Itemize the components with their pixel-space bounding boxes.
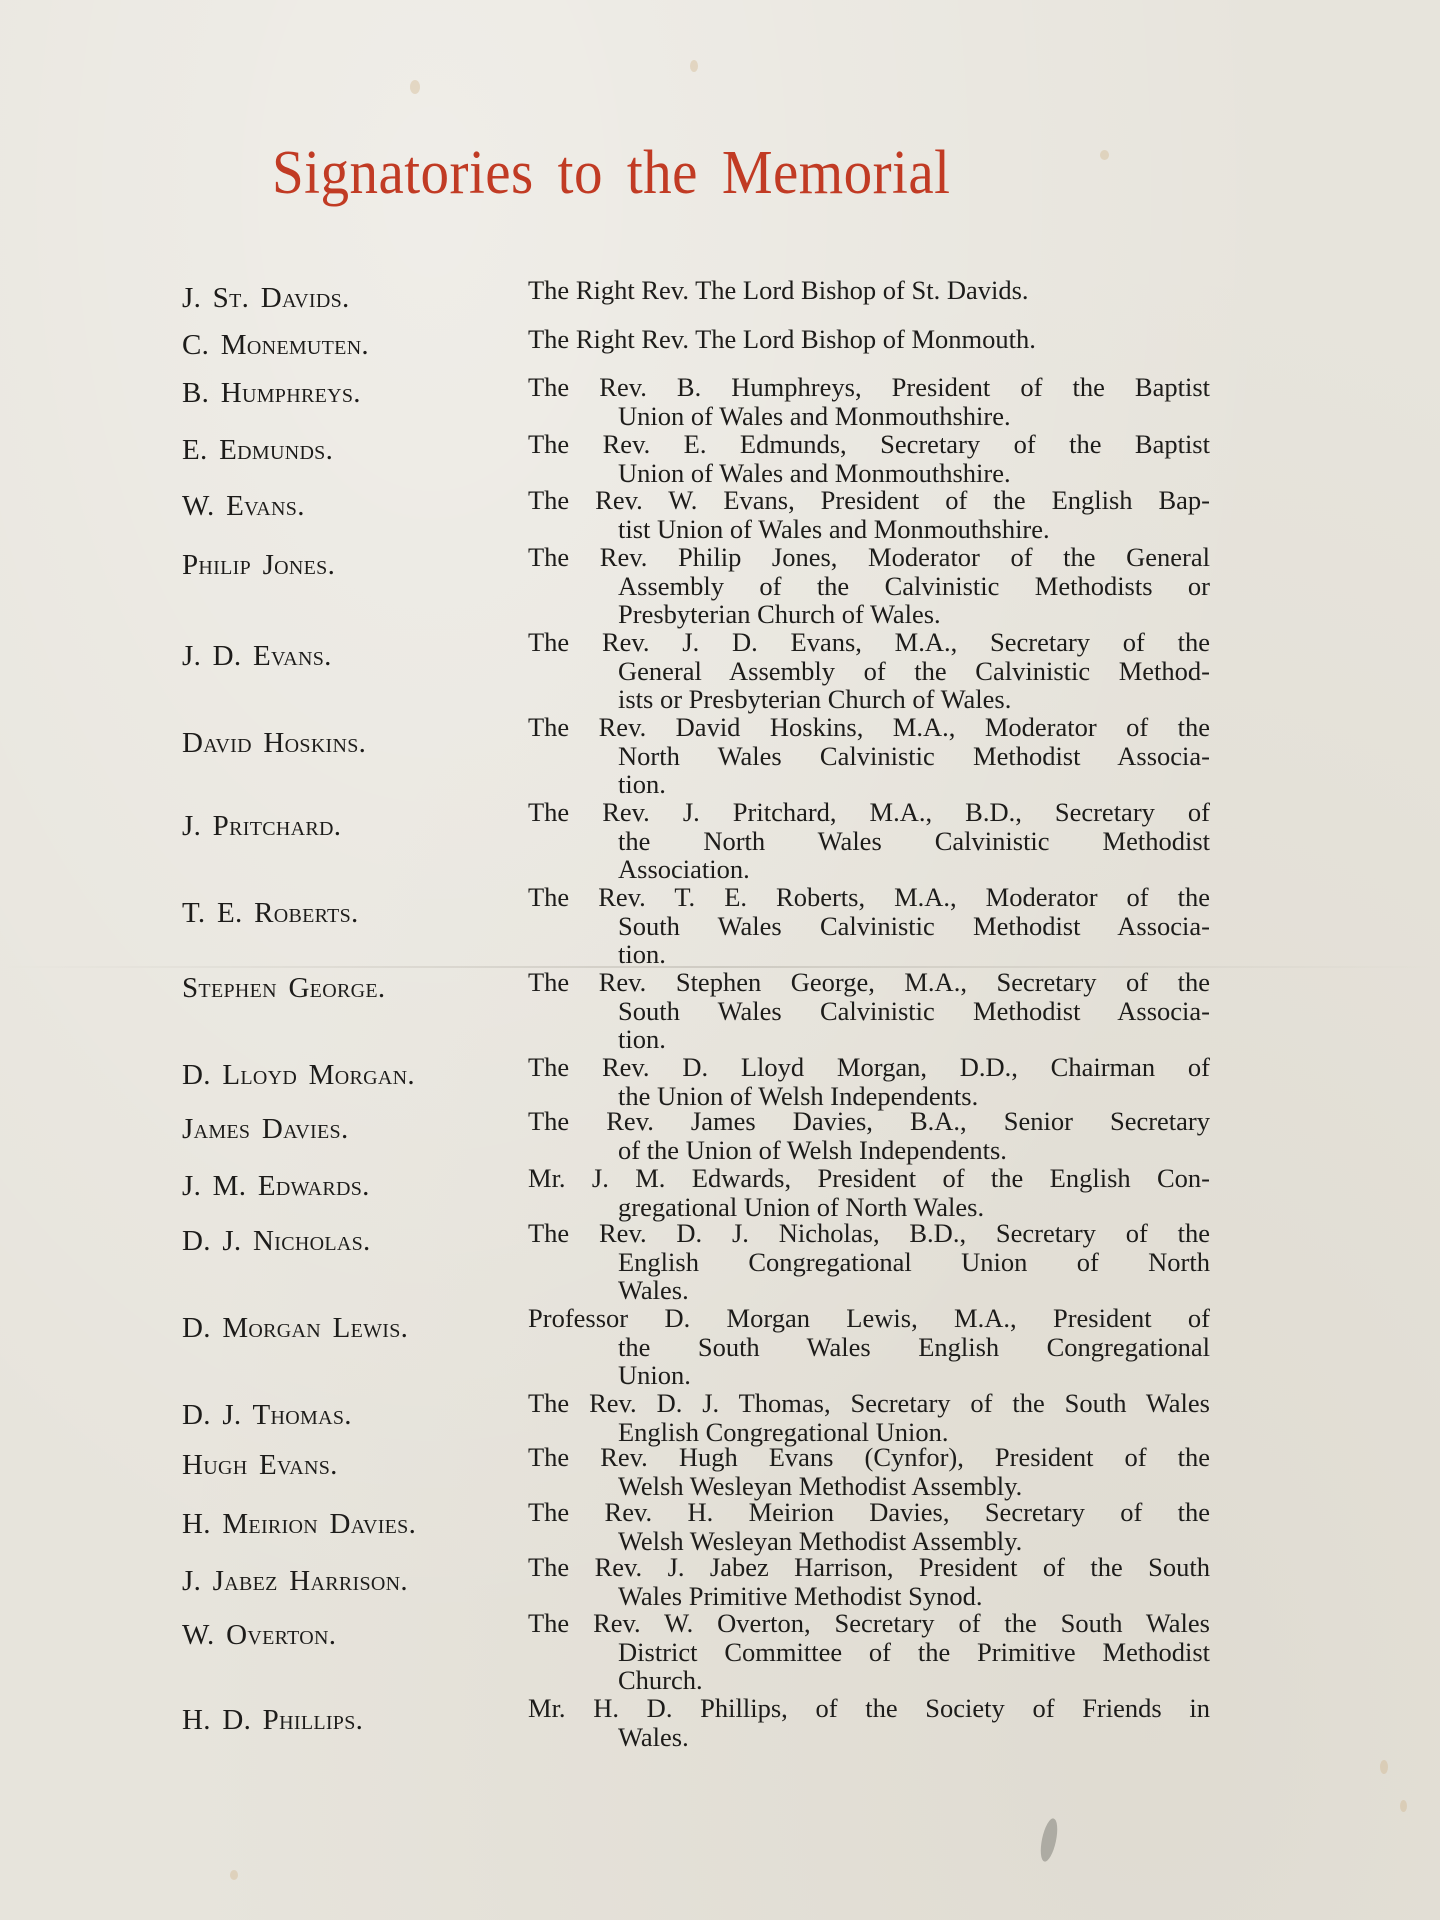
signatory-name: E. Edmunds.	[182, 434, 333, 467]
description-line: the North Wales Calvinistic Methodist	[528, 827, 1210, 856]
signatory-name: Stephen George.	[182, 972, 385, 1005]
signatory-description: The Rev. B. Humphreys, President of the …	[528, 373, 1210, 430]
description-line: The Rev. E. Edmunds, Secretary of the Ba…	[528, 430, 1210, 459]
ink-smudge	[1038, 1817, 1061, 1863]
description-line: South Wales Calvinistic Methodist Associ…	[528, 912, 1210, 941]
description-line: Presbyterian Church of Wales.	[528, 600, 1210, 629]
signatory-description: The Rev. J. D. Evans, M.A., Secretary of…	[528, 628, 1210, 714]
description-line: The Rev. B. Humphreys, President of the …	[528, 373, 1210, 402]
description-line: tion.	[528, 770, 1210, 799]
signatory-name: H. D. Phillips.	[182, 1704, 363, 1737]
signatory-description: The Rev. David Hoskins, M.A., Moderator …	[528, 713, 1210, 799]
description-line: Wales.	[528, 1276, 1210, 1305]
signatory-description: The Rev. J. Pritchard, M.A., B.D., Secre…	[528, 798, 1210, 884]
foxing-spot	[690, 60, 698, 72]
signatory-description: The Rev. J. Jabez Harrison, President of…	[528, 1553, 1210, 1610]
signatory-name: David Hoskins.	[182, 727, 366, 760]
signatory-name: D. J. Thomas.	[182, 1399, 352, 1432]
signatory-name: D. J. Nicholas.	[182, 1225, 371, 1258]
signatory-description: Mr. H. D. Phillips, of the Society of Fr…	[528, 1694, 1210, 1751]
signatory-description: The Right Rev. The Lord Bishop of Monmou…	[528, 325, 1210, 354]
description-line: gregational Union of North Wales.	[528, 1193, 1210, 1222]
signatory-name: J. D. Evans.	[182, 640, 332, 673]
signatory-description: The Rev. T. E. Roberts, M.A., Moderator …	[528, 883, 1210, 969]
description-line: Association.	[528, 855, 1210, 884]
signatory-description: The Rev. Stephen George, M.A., Secretary…	[528, 968, 1210, 1054]
description-line: Union of Wales and Monmouthshire.	[528, 459, 1210, 488]
description-line: Mr. J. M. Edwards, President of the Engl…	[528, 1164, 1210, 1193]
signatory-description: The Right Rev. The Lord Bishop of St. Da…	[528, 276, 1210, 305]
description-line: tist Union of Wales and Monmouthshire.	[528, 515, 1210, 544]
description-line: The Rev. Philip Jones, Moderator of the …	[528, 543, 1210, 572]
description-line: Welsh Wesleyan Methodist Assembly.	[528, 1527, 1210, 1556]
signatory-name: J. M. Edwards.	[182, 1170, 370, 1203]
description-line: Welsh Wesleyan Methodist Assembly.	[528, 1472, 1210, 1501]
signatory-name: T. E. Roberts.	[182, 897, 359, 930]
signatory-name: D. Morgan Lewis.	[182, 1312, 408, 1345]
description-line: Assembly of the Calvinistic Methodists o…	[528, 572, 1210, 601]
signatory-description: The Rev. James Davies, B.A., Senior Secr…	[528, 1107, 1210, 1164]
description-line: The Rev. J. D. Evans, M.A., Secretary of…	[528, 628, 1210, 657]
signatory-description: Professor D. Morgan Lewis, M.A., Preside…	[528, 1304, 1210, 1390]
signatory-name: B. Humphreys.	[182, 377, 361, 410]
description-line: The Right Rev. The Lord Bishop of Monmou…	[528, 325, 1210, 354]
signatory-name: W. Evans.	[182, 490, 305, 523]
description-line: North Wales Calvinistic Methodist Associ…	[528, 742, 1210, 771]
signatory-description: Mr. J. M. Edwards, President of the Engl…	[528, 1164, 1210, 1221]
description-line: tion.	[528, 940, 1210, 969]
description-line: The Rev. James Davies, B.A., Senior Secr…	[528, 1107, 1210, 1136]
signatory-name: H. Meirion Davies.	[182, 1508, 416, 1541]
signatory-description: The Rev. E. Edmunds, Secretary of the Ba…	[528, 430, 1210, 487]
description-line: The Rev. J. Jabez Harrison, President of…	[528, 1553, 1210, 1582]
signatory-name: J. St. Davids.	[182, 282, 350, 315]
signatory-description: The Rev. D. J. Thomas, Secretary of the …	[528, 1389, 1210, 1446]
description-line: The Rev. H. Meirion Davies, Secretary of…	[528, 1498, 1210, 1527]
signatory-name: D. Lloyd Morgan.	[182, 1059, 415, 1092]
signatory-description: The Rev. Philip Jones, Moderator of the …	[528, 543, 1210, 629]
description-line: Mr. H. D. Phillips, of the Society of Fr…	[528, 1694, 1210, 1723]
description-line: tion.	[528, 1025, 1210, 1054]
foxing-spot	[230, 1870, 238, 1880]
description-line: Wales Primitive Methodist Synod.	[528, 1582, 1210, 1611]
description-line: The Rev. W. Overton, Secretary of the So…	[528, 1609, 1210, 1638]
description-line: The Rev. J. Pritchard, M.A., B.D., Secre…	[528, 798, 1210, 827]
signatory-description: The Rev. D. J. Nicholas, B.D., Secretary…	[528, 1219, 1210, 1305]
description-line: The Rev. D. J. Thomas, Secretary of the …	[528, 1389, 1210, 1418]
description-line: The Right Rev. The Lord Bishop of St. Da…	[528, 276, 1210, 305]
description-line: English Congregational Union of North	[528, 1248, 1210, 1277]
description-line: of the Union of Welsh Independents.	[528, 1136, 1210, 1165]
page-title: Signatories to the Memorial	[272, 138, 950, 209]
signatory-description: The Rev. W. Overton, Secretary of the So…	[528, 1609, 1210, 1695]
document-page: Signatories to the Memorial J. St. David…	[0, 0, 1440, 1920]
description-line: The Rev. T. E. Roberts, M.A., Moderator …	[528, 883, 1210, 912]
description-line: the South Wales English Congregational	[528, 1333, 1210, 1362]
signatory-description: The Rev. W. Evans, President of the Engl…	[528, 486, 1210, 543]
description-line: General Assembly of the Calvinistic Meth…	[528, 657, 1210, 686]
description-line: Church.	[528, 1666, 1210, 1695]
description-line: The Rev. D. Lloyd Morgan, D.D., Chairman…	[528, 1053, 1210, 1082]
description-line: South Wales Calvinistic Methodist Associ…	[528, 997, 1210, 1026]
foxing-spot	[1100, 150, 1109, 160]
foxing-spot	[1400, 1800, 1407, 1812]
foxing-spot	[1380, 1760, 1388, 1774]
signatory-description: The Rev. D. Lloyd Morgan, D.D., Chairman…	[528, 1053, 1210, 1110]
signatory-name: J. Pritchard.	[182, 810, 341, 843]
signatory-name: C. Monemuten.	[182, 329, 369, 362]
description-line: The Rev. Hugh Evans (Cynfor), President …	[528, 1443, 1210, 1472]
description-line: Union.	[528, 1361, 1210, 1390]
signatory-description: The Rev. Hugh Evans (Cynfor), President …	[528, 1443, 1210, 1500]
signatory-name: Philip Jones.	[182, 549, 335, 582]
foxing-spot	[410, 80, 420, 94]
signatory-name: W. Overton.	[182, 1619, 336, 1652]
description-line: Union of Wales and Monmouthshire.	[528, 402, 1210, 431]
signatory-name: J. Jabez Harrison.	[182, 1565, 408, 1598]
description-line: Wales.	[528, 1723, 1210, 1752]
description-line: ists or Presbyterian Church of Wales.	[528, 685, 1210, 714]
signatory-description: The Rev. H. Meirion Davies, Secretary of…	[528, 1498, 1210, 1555]
description-line: The Rev. W. Evans, President of the Engl…	[528, 486, 1210, 515]
description-line: District Committee of the Primitive Meth…	[528, 1638, 1210, 1667]
description-line: The Rev. D. J. Nicholas, B.D., Secretary…	[528, 1219, 1210, 1248]
description-line: Professor D. Morgan Lewis, M.A., Preside…	[528, 1304, 1210, 1333]
signatory-name: Hugh Evans.	[182, 1449, 338, 1482]
description-line: The Rev. David Hoskins, M.A., Moderator …	[528, 713, 1210, 742]
signatory-name: James Davies.	[182, 1113, 349, 1146]
description-line: The Rev. Stephen George, M.A., Secretary…	[528, 968, 1210, 997]
